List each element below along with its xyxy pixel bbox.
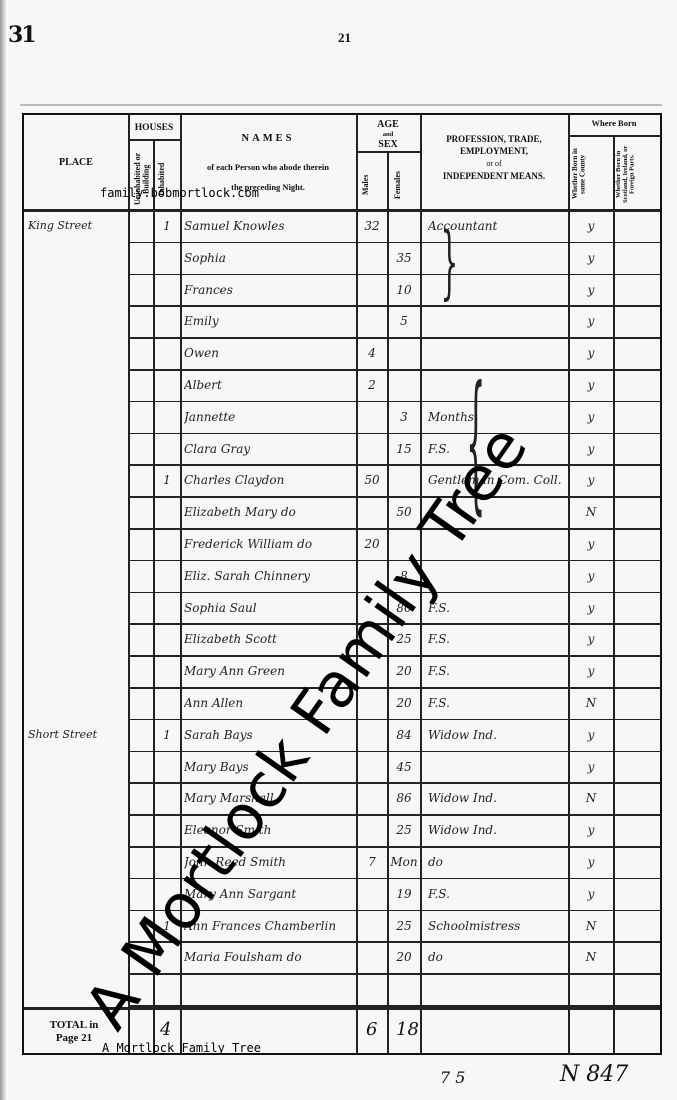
- header-names: NAMES: [180, 133, 356, 145]
- header-females: Females: [394, 165, 412, 205]
- page-edge-shadow: [0, 0, 6, 1100]
- cell-female: 10: [388, 283, 420, 297]
- cell-female: 15: [388, 442, 420, 456]
- row-rule: [128, 337, 660, 339]
- cell-county: y: [569, 283, 613, 297]
- cell-female: 20: [388, 950, 420, 964]
- row-rule: [128, 973, 660, 975]
- cell-female: 25: [388, 919, 420, 933]
- cell-county: N: [569, 696, 613, 710]
- cell-county: y: [569, 728, 613, 742]
- cell-female: 20: [388, 664, 420, 678]
- col-rule-names: [356, 115, 358, 1053]
- cell-county: y: [569, 442, 613, 456]
- cell-name: Eliz. Sarah Chinnery: [184, 569, 354, 583]
- cell-county: N: [569, 505, 613, 519]
- row-rule: [128, 719, 660, 721]
- header-names-sub1: of each Person who abode therein: [180, 163, 356, 172]
- cell-male: 50: [357, 473, 387, 487]
- row-rule: [128, 751, 660, 753]
- header-place: PLACE: [24, 157, 128, 168]
- row-rule: [128, 274, 660, 276]
- watermark-url: family.bobmortlock.com: [100, 186, 259, 200]
- row-rule: [128, 305, 660, 307]
- cell-profession: Widow Ind.: [428, 728, 566, 742]
- cell-county: y: [569, 569, 613, 583]
- header-where-born: Where Born: [568, 119, 660, 128]
- corner-folio-mark: 31: [8, 22, 35, 48]
- header-sex: SEX: [356, 139, 420, 150]
- header-foreign-parts: Whether Born in Scotland, Ireland, or Fo…: [616, 143, 656, 205]
- cell-county: y: [569, 537, 613, 551]
- cell-inhabited: 1: [154, 728, 180, 742]
- cell-county: y: [569, 378, 613, 392]
- row-rule: [128, 1005, 660, 1007]
- row-rule: [128, 433, 660, 435]
- row-rule: [128, 369, 660, 371]
- header-bottom-rule: [24, 209, 660, 212]
- cell-place: King Street: [28, 219, 126, 232]
- cell-name: Maria Foulsham do: [184, 950, 354, 964]
- cell-county: N: [569, 791, 613, 805]
- brace-household-1: }: [441, 215, 459, 308]
- margin-folio-note: N 847: [560, 1062, 628, 1087]
- cell-county: y: [569, 473, 613, 487]
- cell-name: Samuel Knowles: [184, 219, 354, 233]
- header-same-county: Whether Born in same County: [572, 143, 608, 205]
- cell-inhabited: 1: [154, 473, 180, 487]
- cell-profession: Widow Ind.: [428, 823, 566, 837]
- header-profession-1: PROFESSION, TRADE,: [420, 135, 568, 145]
- header-profession-3: or of: [420, 160, 568, 169]
- cell-male: 4: [357, 346, 387, 360]
- cell-profession: Schoolmistress: [428, 919, 566, 933]
- row-rule: [128, 496, 660, 498]
- cell-name: Albert: [184, 378, 354, 392]
- cell-profession: Widow Ind.: [428, 791, 566, 805]
- cell-name: Jannette: [184, 410, 354, 424]
- totals-males: 6: [366, 1019, 377, 1040]
- header-profession-4: INDEPENDENT MEANS.: [420, 172, 568, 182]
- cell-county: y: [569, 410, 613, 424]
- cell-county: N: [569, 919, 613, 933]
- cell-county: y: [569, 760, 613, 774]
- cell-name: Frances: [184, 283, 354, 297]
- cell-profession: do: [428, 855, 566, 869]
- cell-profession: F.S.: [428, 664, 566, 678]
- cell-male: 7: [357, 855, 387, 869]
- row-rule: [128, 464, 660, 466]
- cell-name: Charles Claydon: [184, 473, 354, 487]
- cell-male: 20: [357, 537, 387, 551]
- totals-inhabited: 4: [160, 1019, 171, 1040]
- cell-female: 45: [388, 760, 420, 774]
- cell-name: Sophia: [184, 251, 354, 265]
- header-profession-2: EMPLOYMENT,: [420, 147, 568, 157]
- cell-profession: F.S.: [428, 632, 566, 646]
- cell-female: 35: [388, 251, 420, 265]
- cell-county: y: [569, 823, 613, 837]
- census-table: PLACE HOUSES Uninhabited or Building Inh…: [22, 113, 662, 1055]
- margin-tally: 7 5: [440, 1068, 465, 1087]
- cell-county: y: [569, 314, 613, 328]
- cell-female: Mon: [388, 855, 420, 869]
- cell-name: Frederick William do: [184, 537, 354, 551]
- cell-female: 84: [388, 728, 420, 742]
- cell-male: 2: [357, 378, 387, 392]
- cell-county: y: [569, 219, 613, 233]
- page-number: 21: [338, 30, 351, 46]
- cell-female: 3: [388, 410, 420, 424]
- cell-name: Owen: [184, 346, 354, 360]
- cell-female: 19: [388, 887, 420, 901]
- row-rule: [128, 401, 660, 403]
- cell-female: 86: [388, 791, 420, 805]
- cell-county: y: [569, 887, 613, 901]
- watermark-footer: A Mortlock Family Tree: [102, 1041, 261, 1055]
- cell-county: y: [569, 632, 613, 646]
- header-houses: HOUSES: [128, 123, 180, 133]
- cell-profession: F.S.: [428, 887, 566, 901]
- cell-county: y: [569, 251, 613, 265]
- cell-name: Sophia Saul: [184, 601, 354, 615]
- cell-profession: do: [428, 950, 566, 964]
- header-age-and: and: [356, 131, 420, 138]
- cell-female: 5: [388, 314, 420, 328]
- cell-county: y: [569, 346, 613, 360]
- cell-place: Short Street: [28, 728, 126, 741]
- cell-county: N: [569, 950, 613, 964]
- header-males: Males: [362, 165, 380, 205]
- totals-females: 18: [396, 1019, 419, 1040]
- cell-county: y: [569, 855, 613, 869]
- cell-county: y: [569, 664, 613, 678]
- cell-name: Clara Gray: [184, 442, 354, 456]
- cell-female: 20: [388, 696, 420, 710]
- row-rule: [128, 242, 660, 244]
- row-rule: [128, 941, 660, 943]
- cell-inhabited: 1: [154, 219, 180, 233]
- top-rule: [20, 104, 662, 106]
- row-rule: [128, 687, 660, 689]
- row-rule: [128, 782, 660, 784]
- row-rule: [128, 528, 660, 530]
- cell-name: Emily: [184, 314, 354, 328]
- cell-county: y: [569, 601, 613, 615]
- header-age: AGE: [356, 119, 420, 130]
- cell-profession: F.S.: [428, 601, 566, 615]
- cell-female: 25: [388, 823, 420, 837]
- cell-profession: F.S.: [428, 696, 566, 710]
- cell-name: Elizabeth Mary do: [184, 505, 354, 519]
- cell-male: 32: [357, 219, 387, 233]
- col-rule-place: [128, 115, 130, 1053]
